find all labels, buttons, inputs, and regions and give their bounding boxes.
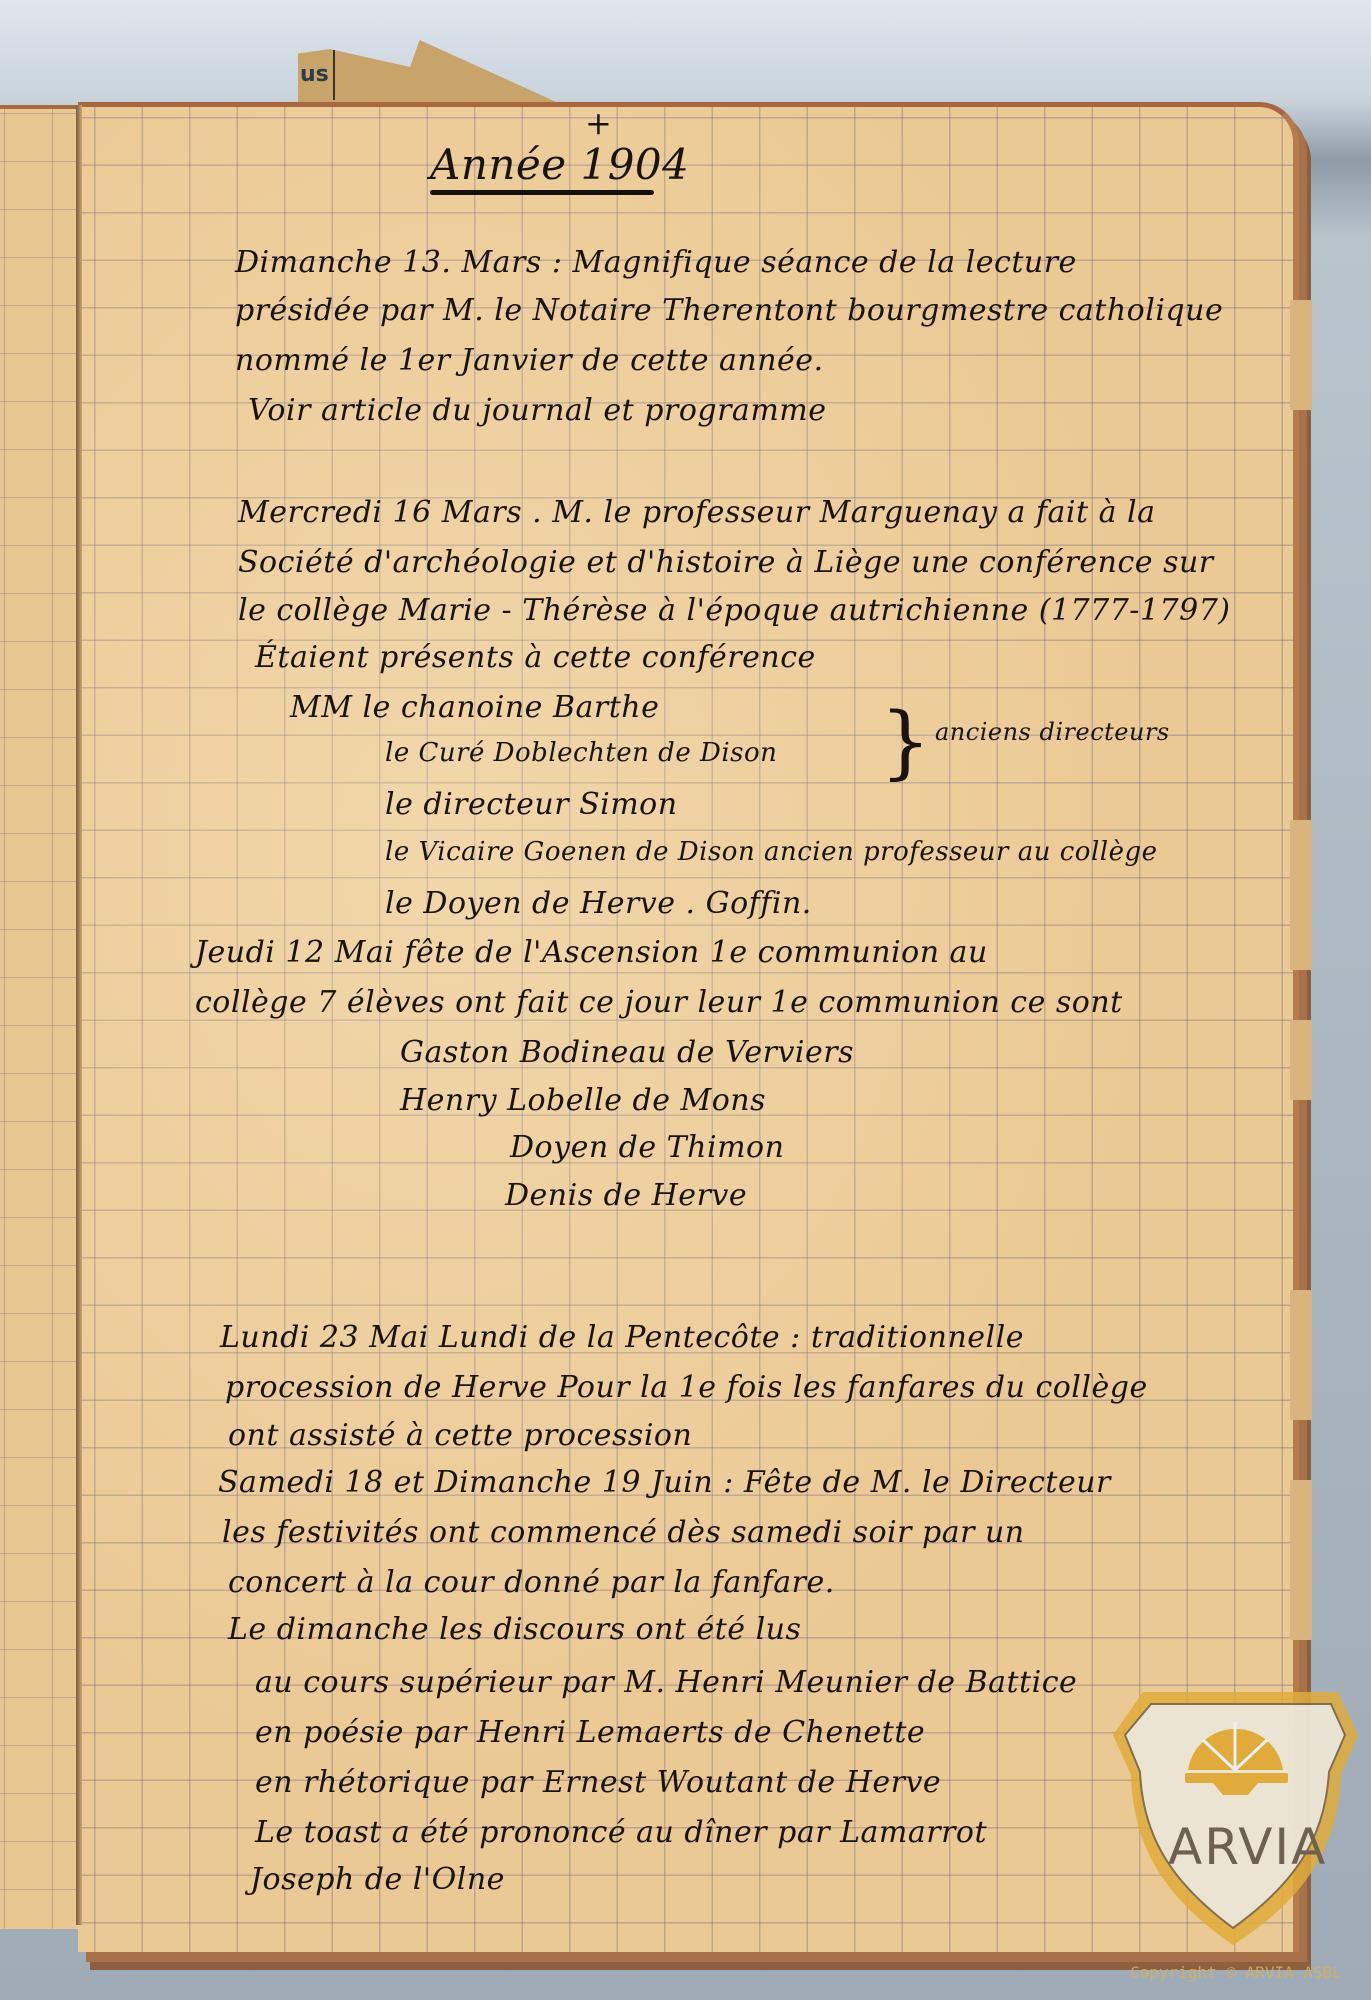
scrap-rule bbox=[333, 50, 335, 100]
student-line: Doyen de Thimon bbox=[510, 1130, 784, 1165]
bracket-note: anciens directeurs bbox=[935, 718, 1170, 746]
entry-line: ont assisté à cette procession bbox=[228, 1418, 692, 1453]
entry-line: Étaient présents à cette conférence bbox=[255, 640, 816, 675]
attendee-line: le directeur Simon bbox=[385, 787, 678, 822]
attendee-line: le Vicaire Goenen de Dison ancien profes… bbox=[385, 837, 1158, 867]
arvia-shield-logo bbox=[1113, 1680, 1358, 1950]
brace: } bbox=[880, 695, 931, 788]
attendee-line: MM le chanoine Barthe bbox=[290, 690, 659, 725]
attendee-line: le Curé Doblechten de Dison bbox=[385, 738, 777, 768]
entry-line: nommé le 1er Janvier de cette année. bbox=[235, 343, 824, 378]
student-line: Henry Lobelle de Mons bbox=[400, 1083, 766, 1118]
arvia-logo-text: ARVIA bbox=[1168, 1818, 1327, 1876]
title-underline bbox=[430, 190, 654, 195]
title-cross-mark: + bbox=[585, 104, 612, 142]
entry-line: Lundi 23 Mai Lundi de la Pentecôte : tra… bbox=[220, 1320, 1024, 1355]
page-title: Année 1904 bbox=[430, 140, 689, 189]
entry-line: Joseph de l'Olne bbox=[250, 1862, 505, 1897]
entry-line: Dimanche 13. Mars : Magnifique séance de… bbox=[235, 245, 1077, 280]
student-line: Denis de Herve bbox=[505, 1178, 747, 1213]
attendee-line: le Doyen de Herve . Goffin. bbox=[385, 886, 812, 921]
entry-line: les festivités ont commencé dès samedi s… bbox=[222, 1515, 1025, 1550]
entry-line: Société d'archéologie et d'histoire à Li… bbox=[238, 545, 1214, 580]
entry-line: Jeudi 12 Mai fête de l'Ascension 1e comm… bbox=[195, 935, 988, 970]
torn-page-edges bbox=[1290, 300, 1320, 1800]
entry-line: concert à la cour donné par la fanfare. bbox=[228, 1565, 835, 1600]
entry-line: présidée par M. le Notaire Therentont bo… bbox=[235, 293, 1223, 328]
entry-line: au cours supérieur par M. Henri Meunier … bbox=[255, 1665, 1077, 1700]
entry-line: le collège Marie - Thérèse à l'époque au… bbox=[238, 593, 1231, 628]
entry-line: Mercredi 16 Mars . M. le professeur Marg… bbox=[238, 495, 1156, 530]
entry-line: Voir article du journal et programme bbox=[248, 393, 826, 428]
page-binding bbox=[76, 105, 82, 1925]
entry-line: Le dimanche les discours ont été lus bbox=[228, 1612, 801, 1647]
entry-line: collège 7 élèves ont fait ce jour leur 1… bbox=[195, 985, 1123, 1020]
entry-line: en rhétorique par Ernest Woutant de Herv… bbox=[255, 1765, 941, 1800]
scrap-text: us bbox=[300, 62, 329, 87]
left-page-edge bbox=[0, 105, 80, 1929]
copyright-notice: Copyright © ARVIA ASBL bbox=[1130, 1963, 1342, 1982]
student-line: Gaston Bodineau de Verviers bbox=[400, 1035, 854, 1070]
entry-line: procession de Herve Pour la 1e fois les … bbox=[225, 1370, 1148, 1405]
entry-line: en poésie par Henri Lemaerts de Chenette bbox=[255, 1715, 925, 1750]
entry-line: Samedi 18 et Dimanche 19 Juin : Fête de … bbox=[218, 1465, 1111, 1500]
entry-line: Le toast a été prononcé au dîner par Lam… bbox=[255, 1815, 987, 1850]
